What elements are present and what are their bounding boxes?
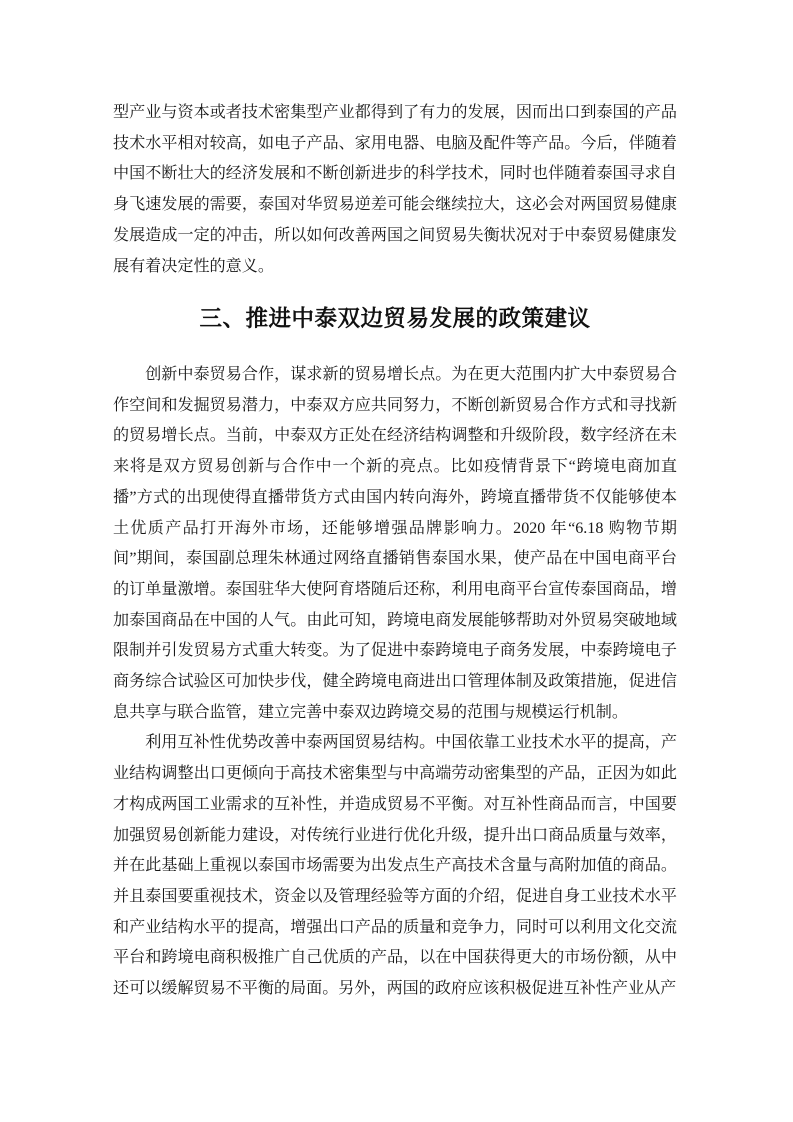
section-heading: 三、推进中泰双边贸易发展的政策建议 — [113, 299, 677, 339]
paragraph-continuation: 型产业与资本或者技术密集型产业都得到了有力的发展，因而出口到泰国的产品技术水平相… — [113, 98, 677, 282]
paragraph-complementary-advantage: 利用互补性优势改善中泰两国贸易结构。中国依靠工业技术水平的提高，产业结构调整出口… — [113, 728, 677, 1004]
document-page: 型产业与资本或者技术密集型产业都得到了有力的发展，因而出口到泰国的产品技术水平相… — [0, 0, 793, 1122]
section-body: 创新中泰贸易合作，谋求新的贸易增长点。为在更大范围内扩大中泰贸易合作空间和发掘贸… — [113, 360, 677, 1005]
paragraph-trade-innovation: 创新中泰贸易合作，谋求新的贸易增长点。为在更大范围内扩大中泰贸易合作空间和发掘贸… — [113, 360, 677, 728]
